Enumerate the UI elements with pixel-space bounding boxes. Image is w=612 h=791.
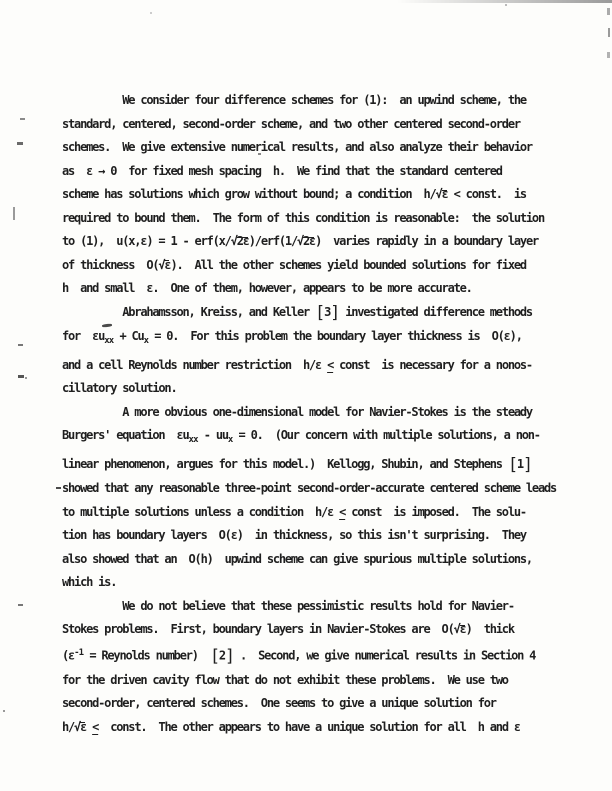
text-segment: to multiple solutions unless a condition… xyxy=(62,505,339,519)
text-segment: standard, centered, second-order scheme,… xyxy=(62,117,520,131)
text-line-17: showed that any reasonable three-point s… xyxy=(62,477,568,501)
text-segment: and a cell Reynolds number restriction h… xyxy=(62,358,327,372)
text-segment: scheme has solutions which grow without … xyxy=(62,187,442,201)
text-line-7: to (1), u(x,ε) = 1 - erf(x/√2ε)/erf(1/√2… xyxy=(62,230,568,254)
superscript: -1 xyxy=(74,648,83,658)
text-line-25: for the driven cavity flow that do not e… xyxy=(62,669,568,693)
text-segment: to (1), u(x,ε) = 1 - erf(x/√ xyxy=(62,234,237,248)
text-line-4: as ε → 0 for fixed mesh spacing h. We fi… xyxy=(62,160,568,184)
text-segment: Abrahamsson, Kreiss, and Keller xyxy=(62,305,315,319)
text-line-11: for εuxx + Cux = 0. For this problem the… xyxy=(62,325,568,354)
citation-bracket: ] xyxy=(523,455,532,475)
scan-speck xyxy=(258,153,261,155)
radicand-overline: ε xyxy=(460,622,466,636)
text-line-1: We consider four difference schemes for … xyxy=(62,89,568,113)
text-line-6: required to bound them. The form of this… xyxy=(62,207,568,231)
text-line-12: and a cell Reynolds number restriction h… xyxy=(62,354,568,378)
text-segment: Stokes problems. First, boundary layers … xyxy=(62,622,460,636)
text-line-23: Stokes problems. First, boundary layers … xyxy=(62,618,568,642)
text-segment: = 0. (Our concern with multiple solution… xyxy=(233,428,540,442)
text-segment: - uu xyxy=(198,428,228,442)
text-line-20: also showed that an O(h) upwind scheme c… xyxy=(62,548,568,572)
scan-speck xyxy=(607,8,610,15)
text-segment: ) varies rapidly in a boundary layer xyxy=(315,234,538,248)
text-block: We consider four difference schemes for … xyxy=(62,89,568,739)
text-segment: of thickness O(√ xyxy=(62,258,164,272)
text-line-21: which is. xyxy=(62,571,568,595)
text-line-13: cillatory solution. xyxy=(62,377,568,401)
text-segment: (ε xyxy=(62,648,74,662)
text-line-10: Abrahamsson, Kreiss, and Keller [3] inve… xyxy=(62,301,568,326)
scan-speck xyxy=(18,344,23,346)
text-line-9: h and small ε. One of them, however, app… xyxy=(62,277,568,301)
scan-speck xyxy=(608,28,610,37)
scan-speck xyxy=(18,604,23,606)
text-line-19: tion has boundary layers O(ε) in thickne… xyxy=(62,524,568,548)
text-segment: which is. xyxy=(62,575,116,589)
scan-speck xyxy=(150,12,152,14)
text-segment: showed that any reasonable three-point s… xyxy=(62,481,556,495)
text-segment: h/√ xyxy=(62,720,80,734)
text-segment: linear phenomenon, argues for this model… xyxy=(62,457,508,471)
scan-speck xyxy=(3,710,5,712)
scan-speck xyxy=(505,4,507,6)
text-segment: Burgers' equation εu xyxy=(62,428,189,442)
text-segment: + Cu xyxy=(113,329,143,343)
text-line-18: to multiple solutions unless a condition… xyxy=(62,501,568,525)
scan-speck xyxy=(607,52,610,58)
scan-speck xyxy=(13,207,15,220)
text-segment: A more obvious one-dimensional model for… xyxy=(62,405,532,419)
text-segment: for εu xyxy=(62,329,104,343)
text-line-27: h/√ε < const. The other appears to have … xyxy=(62,716,568,740)
text-segment: const. The other appears to have a uniqu… xyxy=(98,720,520,734)
radicand-overline: 2ε xyxy=(303,234,315,248)
text-segment: also showed that an O(h) upwind scheme c… xyxy=(62,552,532,566)
scan-speck xyxy=(18,375,24,378)
text-segment: investigated difference methods xyxy=(339,305,532,319)
citation-bracket: [ xyxy=(508,455,517,475)
citation-bracket: [ xyxy=(315,303,324,323)
text-segment: required to bound them. The form of this… xyxy=(62,211,544,225)
scan-edge-smudge xyxy=(397,0,612,3)
text-line-3: schemes. We give extensive numerical res… xyxy=(62,136,568,160)
text-line-8: of thickness O(√ε). All the other scheme… xyxy=(62,254,568,278)
text-segment: ). All the other schemes yield bounded s… xyxy=(170,258,525,272)
text-line-24: (ε-1 = Reynolds number) [2] . Second, we… xyxy=(62,642,568,669)
citation-bracket: ] xyxy=(330,303,339,323)
radicand-overline: ε xyxy=(80,720,86,734)
text-segment: second-order, centered schemes. One seem… xyxy=(62,696,496,710)
text-segment: ) thick xyxy=(466,622,514,636)
text-segment: schemes. We give extensive numerical res… xyxy=(62,140,532,154)
text-line-15: Burgers' equation εuxx - uux = 0. (Our c… xyxy=(62,424,568,453)
paper-background: We consider four difference schemes for … xyxy=(0,0,612,791)
subscript: xx xyxy=(189,435,198,445)
text-segment: We consider four difference schemes for … xyxy=(62,93,526,107)
scan-speck xyxy=(20,118,25,120)
text-segment: for the driven cavity flow that do not e… xyxy=(62,673,508,687)
scan-speck xyxy=(17,142,23,145)
text-segment: as ε → 0 for fixed mesh spacing h. We fi… xyxy=(62,164,502,178)
scanned-paper-page: { "document": { "kind": "scanned typewri… xyxy=(0,0,612,791)
text-segment: . Second, we give numerical results in S… xyxy=(234,648,535,662)
text-line-5: scheme has solutions which grow without … xyxy=(62,183,568,207)
text-segment: const is necessary for a nonos- xyxy=(333,358,532,372)
text-segment: const is imposed. The solu- xyxy=(345,505,526,519)
scan-speck xyxy=(25,377,27,379)
text-line-26: second-order, centered schemes. One seem… xyxy=(62,692,568,716)
radicand-overline: ε xyxy=(442,187,448,201)
text-segment: = 0. For this problem the boundary layer… xyxy=(148,329,522,343)
text-line-22: We do not believe that these pessimistic… xyxy=(62,595,568,619)
text-segment: tion has boundary layers O(ε) in thickne… xyxy=(62,528,526,542)
text-segment: )/erf(1/√ xyxy=(249,234,303,248)
text-segment: We do not believe that these pessimistic… xyxy=(62,599,514,613)
citation-bracket: [ xyxy=(210,646,219,666)
citation-bracket: ] xyxy=(225,646,234,666)
text-segment: cillatory solution. xyxy=(62,381,176,395)
scan-speck xyxy=(56,487,61,489)
text-line-2: standard, centered, second-order scheme,… xyxy=(62,113,568,137)
radicand-overline: ε xyxy=(164,258,170,272)
text-segment: h and small ε. One of them, however, app… xyxy=(62,281,472,295)
radicand-overline: 2ε xyxy=(237,234,249,248)
text-segment: = Reynolds number) xyxy=(83,648,210,662)
text-line-16: linear phenomenon, argues for this model… xyxy=(62,453,568,478)
text-line-14: A more obvious one-dimensional model for… xyxy=(62,401,568,425)
text-segment: < const. is xyxy=(448,187,526,201)
